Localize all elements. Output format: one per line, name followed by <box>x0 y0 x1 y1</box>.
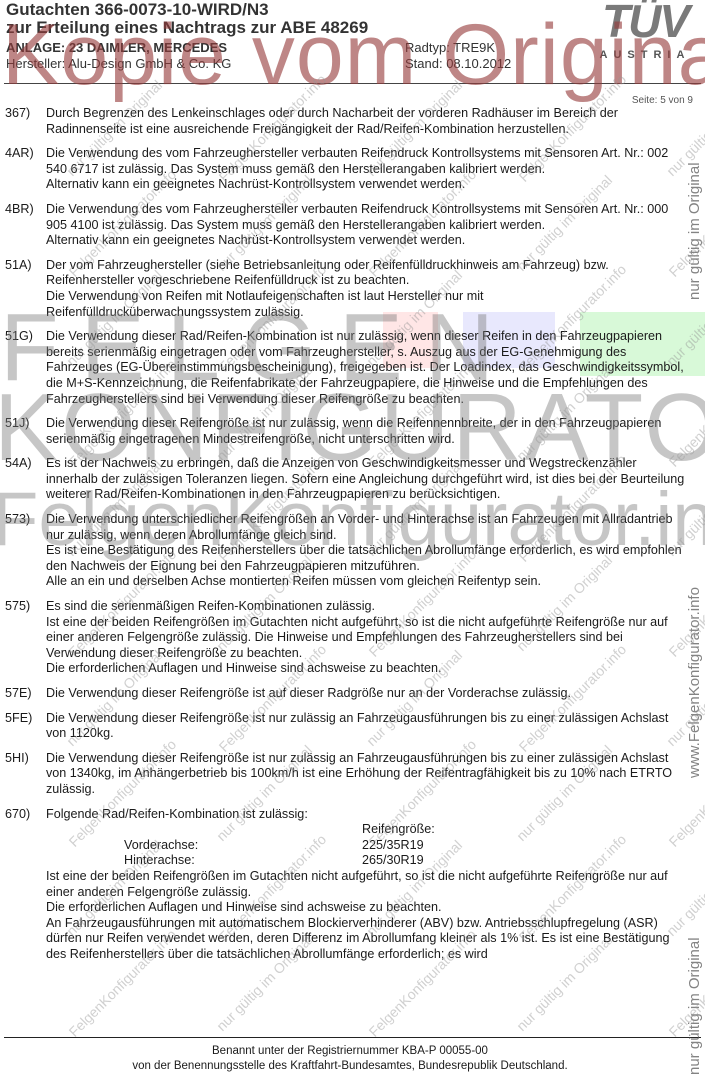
note-text: Die Verwendung dieser Reifengröße ist au… <box>46 686 690 702</box>
table-header-cell <box>124 822 362 838</box>
note-paragraph: Die Verwendung dieser Reifengröße ist au… <box>46 686 690 702</box>
note-item: 54A)Es ist der Nachweis zu erbringen, da… <box>0 456 690 503</box>
note-code: 367) <box>0 106 46 137</box>
note-code: 670) <box>0 807 46 963</box>
table-axle-cell: Hinterachse: <box>124 853 362 869</box>
note-text: Die Verwendung dieser Reifengröße ist nu… <box>46 751 690 798</box>
note-item: 5FE)Die Verwendung dieser Reifengröße is… <box>0 711 690 742</box>
note-paragraph: Alternativ kann ein geeignetes Nachrüst-… <box>46 233 690 249</box>
note-item-670: 670)Folgende Rad/Reifen-Kombination ist … <box>0 807 690 963</box>
note-text: Es ist der Nachweis zu erbringen, daß di… <box>46 456 690 503</box>
table-axle-cell: Vorderachse: <box>124 838 362 854</box>
table-header-cell: Reifengröße: <box>362 822 522 838</box>
note-continuation: Ist eine der beiden Reifengrößen im Guta… <box>46 869 690 963</box>
document-subtitle: zur Erteilung eines Nachtrags zur ABE 48… <box>6 18 368 38</box>
note-code: 4AR) <box>0 146 46 193</box>
note-paragraph: Die Verwendung dieser Reifengröße ist nu… <box>46 751 690 798</box>
note-paragraph: Die erforderlichen Auflagen und Hinweise… <box>46 661 690 677</box>
note-item: 573)Die Verwendung unterschiedlicher Rei… <box>0 512 690 590</box>
note-text: Der vom Fahrzeughersteller (siehe Betrie… <box>46 258 690 320</box>
table-size-cell: 225/35R19 <box>362 838 522 854</box>
note-paragraph: An Fahrzeugausführungen mit automatische… <box>46 916 690 963</box>
note-item: 575)Es sind die serienmäßigen Reifen-Kom… <box>0 599 690 677</box>
note-paragraph: Es ist der Nachweis zu erbringen, daß di… <box>46 456 690 503</box>
footer-divider <box>4 1037 701 1038</box>
note-paragraph: Die Verwendung des vom Fahrzeugherstelle… <box>46 202 690 233</box>
note-text: Die Verwendung des vom Fahrzeugherstelle… <box>46 146 690 193</box>
tire-combination-table: Reifengröße:Vorderachse:225/35R19Hintera… <box>124 822 690 869</box>
note-code: 573) <box>0 512 46 590</box>
note-item: 5HI)Die Verwendung dieser Reifengröße is… <box>0 751 690 798</box>
table-size-cell: 265/30R19 <box>362 853 522 869</box>
note-paragraph: Alternativ kann ein geeignetes Nachrüst-… <box>46 177 690 193</box>
note-paragraph: Ist eine der beiden Reifengrößen im Guta… <box>46 615 690 662</box>
footer-line-1: Benannt unter der Registriernummer KBA-P… <box>0 1045 700 1057</box>
note-paragraph: Die Verwendung dieser Reifengröße ist nu… <box>46 711 690 742</box>
note-item: 4BR)Die Verwendung des vom Fahrzeugherst… <box>0 202 690 249</box>
note-code: 575) <box>0 599 46 677</box>
note-text: Es sind die serienmäßigen Reifen-Kombina… <box>46 599 690 677</box>
header-divider <box>4 83 701 84</box>
note-text: Die Verwendung dieser Reifengröße ist nu… <box>46 416 690 447</box>
note-text: Durch Begrenzen des Lenkeinschlages oder… <box>46 106 690 137</box>
anlage-label: ANLAGE: 23 DAIMLER, MERCEDES <box>6 40 227 55</box>
note-item: 57E)Die Verwendung dieser Reifengröße is… <box>0 686 690 702</box>
note-paragraph: Die Verwendung dieser Reifengröße ist nu… <box>46 416 690 447</box>
note-code: 51J) <box>0 416 46 447</box>
tuv-logo-main: TÜV <box>590 0 700 48</box>
note-paragraph: Ist eine der beiden Reifengrößen im Guta… <box>46 869 690 900</box>
note-item: 367)Durch Begrenzen des Lenkeinschlages … <box>0 106 690 137</box>
note-text: Die Verwendung dieser Reifengröße ist nu… <box>46 711 690 742</box>
note-paragraph: Die Verwendung dieser Rad/Reifen-Kombina… <box>46 329 690 407</box>
note-code: 51A) <box>0 258 46 320</box>
note-paragraph: Der vom Fahrzeughersteller (siehe Betrie… <box>46 258 690 289</box>
note-code: 4BR) <box>0 202 46 249</box>
document-title: Gutachten 366-0073-10-WIRD/N3 <box>6 0 269 20</box>
tuv-logo-sub: AUSTRIA <box>590 49 700 61</box>
notes-list: 367)Durch Begrenzen des Lenkeinschlages … <box>0 106 690 972</box>
note-text: Die Verwendung des vom Fahrzeugherstelle… <box>46 202 690 249</box>
note-paragraph: Folgende Rad/Reifen-Kombination ist zulä… <box>46 807 690 823</box>
note-text: Folgende Rad/Reifen-Kombination ist zulä… <box>46 807 690 963</box>
note-item: 4AR)Die Verwendung des vom Fahrzeugherst… <box>0 146 690 193</box>
note-item: 51G)Die Verwendung dieser Rad/Reifen-Kom… <box>0 329 690 407</box>
hersteller-label: Hersteller: Alu-Design GmbH & Co. KG <box>6 56 231 71</box>
note-paragraph: Es sind die serienmäßigen Reifen-Kombina… <box>46 599 690 615</box>
note-code: 57E) <box>0 686 46 702</box>
radtyp-label: Radtyp: TRE9K <box>405 40 495 55</box>
note-paragraph: Die Verwendung des vom Fahrzeugherstelle… <box>46 146 690 177</box>
page-number: Seite: 5 von 9 <box>632 95 693 106</box>
footer-line-2: von der Benennungsstelle des Kraftfahrt-… <box>0 1060 700 1072</box>
note-code: 54A) <box>0 456 46 503</box>
note-paragraph: Alle an ein und derselben Achse montiert… <box>46 574 690 590</box>
note-paragraph: Die erforderlichen Auflagen und Hinweise… <box>46 900 690 916</box>
note-code: 5FE) <box>0 711 46 742</box>
note-paragraph: Es ist eine Bestätigung des Reifenherste… <box>46 543 690 574</box>
note-paragraph: Die Verwendung unterschiedlicher Reifeng… <box>46 512 690 543</box>
note-item: 51A)Der vom Fahrzeughersteller (siehe Be… <box>0 258 690 320</box>
note-paragraph: Die Verwendung von Reifen mit Notlaufeig… <box>46 289 690 320</box>
note-item: 51J)Die Verwendung dieser Reifengröße is… <box>0 416 690 447</box>
note-code: 5HI) <box>0 751 46 798</box>
stand-label: Stand: 08.10.2012 <box>405 56 511 71</box>
note-code: 51G) <box>0 329 46 407</box>
tuv-austria-logo: TÜV AUSTRIA <box>590 2 700 64</box>
note-text: Die Verwendung dieser Rad/Reifen-Kombina… <box>46 329 690 407</box>
document-page: Gutachten 366-0073-10-WIRD/N3 zur Erteil… <box>0 0 705 1075</box>
note-text: Die Verwendung unterschiedlicher Reifeng… <box>46 512 690 590</box>
note-paragraph: Durch Begrenzen des Lenkeinschlages oder… <box>46 106 690 137</box>
